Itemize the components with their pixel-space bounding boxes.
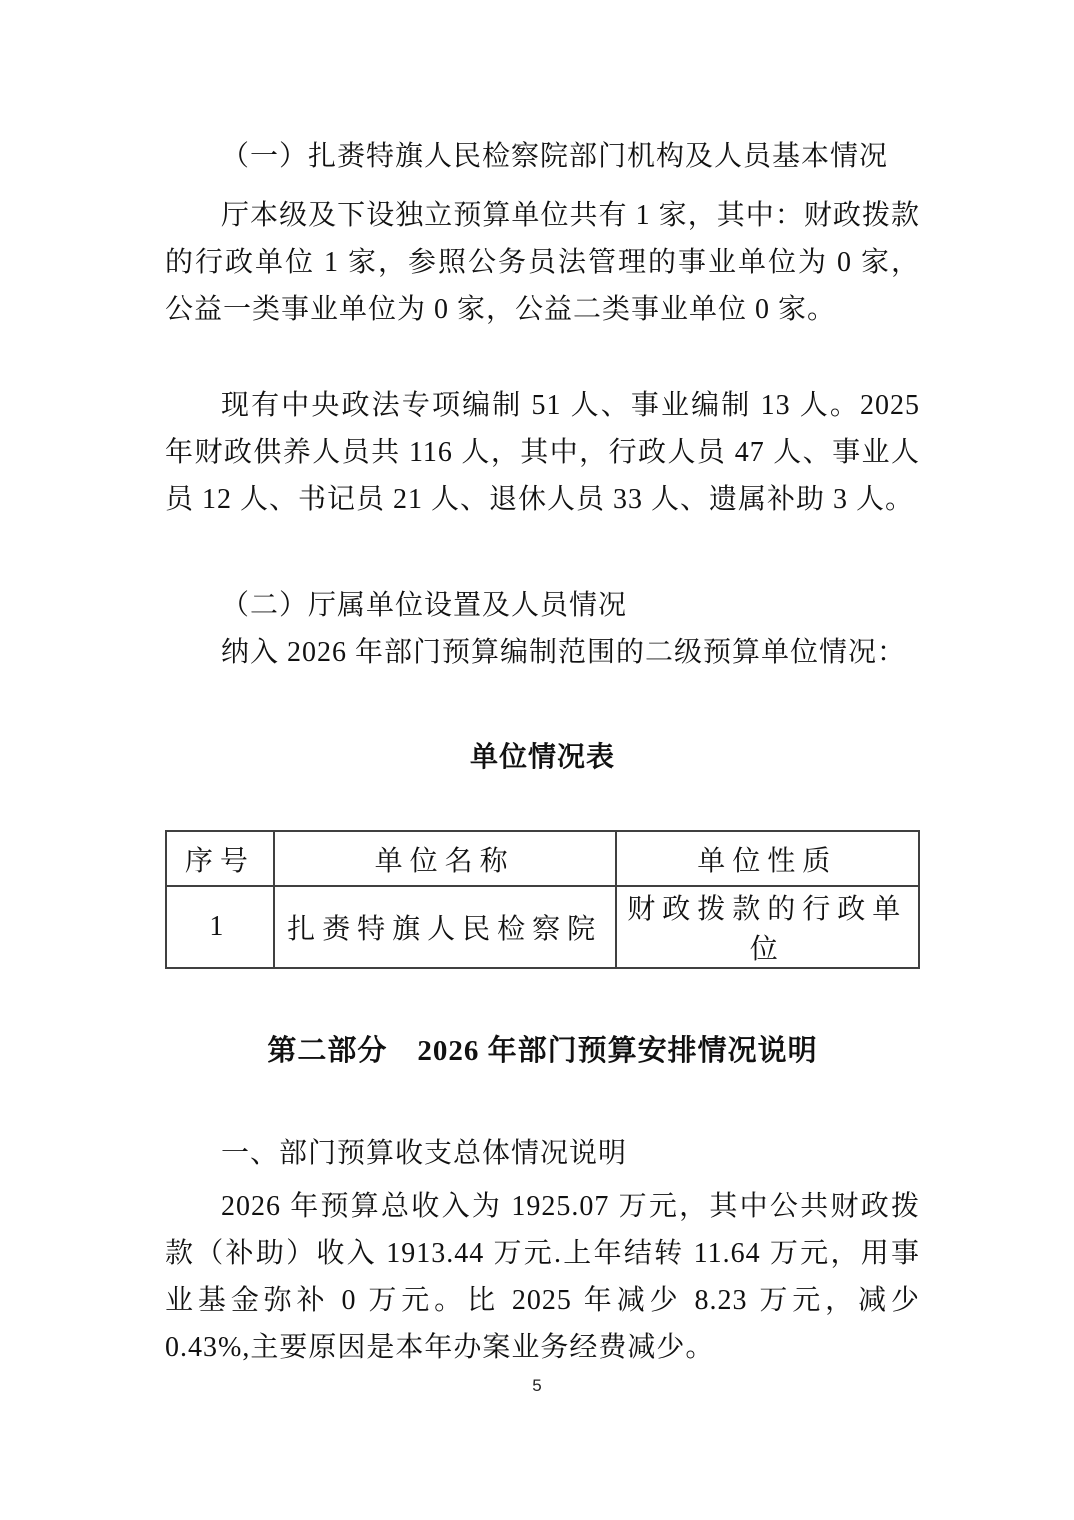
section-heading-org-info: （一）扎赉特旗人民检察院部门机构及人员基本情况: [165, 133, 920, 180]
section-heading-subordinate-units: （二）厅属单位设置及人员情况: [165, 582, 920, 629]
unit-info-table: 序号 单位名称 单位性质 1 扎赉特旗人民检察院 财政拨款的行政单位: [165, 830, 920, 969]
cell-unit-name: 扎赉特旗人民检察院: [274, 886, 616, 968]
table-header-row: 序号 单位名称 单位性质: [166, 831, 919, 886]
page-number: 5: [0, 1376, 1074, 1396]
table-row: 1 扎赉特旗人民检察院 财政拨款的行政单位: [166, 886, 919, 968]
col-header-unit-name: 单位名称: [274, 831, 616, 886]
subsection-heading-budget-overview: 一、部门预算收支总体情况说明: [165, 1130, 920, 1177]
col-header-unit-type: 单位性质: [616, 831, 919, 886]
col-header-index: 序号: [166, 831, 274, 886]
paragraph-staffing: 现有中央政法专项编制 51 人、事业编制 13 人。2025 年财政供养人员共 …: [165, 382, 920, 523]
cell-unit-type: 财政拨款的行政单位: [616, 886, 919, 968]
document-page: （一）扎赉特旗人民检察院部门机构及人员基本情况 厅本级及下设独立预算单位共有 1…: [0, 0, 1074, 1520]
cell-index: 1: [166, 886, 274, 968]
page-content: （一）扎赉特旗人民检察院部门机构及人员基本情况 厅本级及下设独立预算单位共有 1…: [0, 0, 1074, 1371]
paragraph-budget-summary: 2026 年预算总收入为 1925.07 万元，其中公共财政拨款（补助）收入 1…: [165, 1183, 920, 1371]
table-title: 单位情况表: [165, 734, 920, 781]
paragraph-budget-scope: 纳入 2026 年部门预算编制范围的二级预算单位情况：: [165, 629, 920, 676]
part2-heading: 第二部分 2026 年部门预算安排情况说明: [165, 1028, 920, 1075]
paragraph-budget-units: 厅本级及下设独立预算单位共有 1 家，其中：财政拨款的行政单位 1 家，参照公务…: [165, 192, 920, 333]
